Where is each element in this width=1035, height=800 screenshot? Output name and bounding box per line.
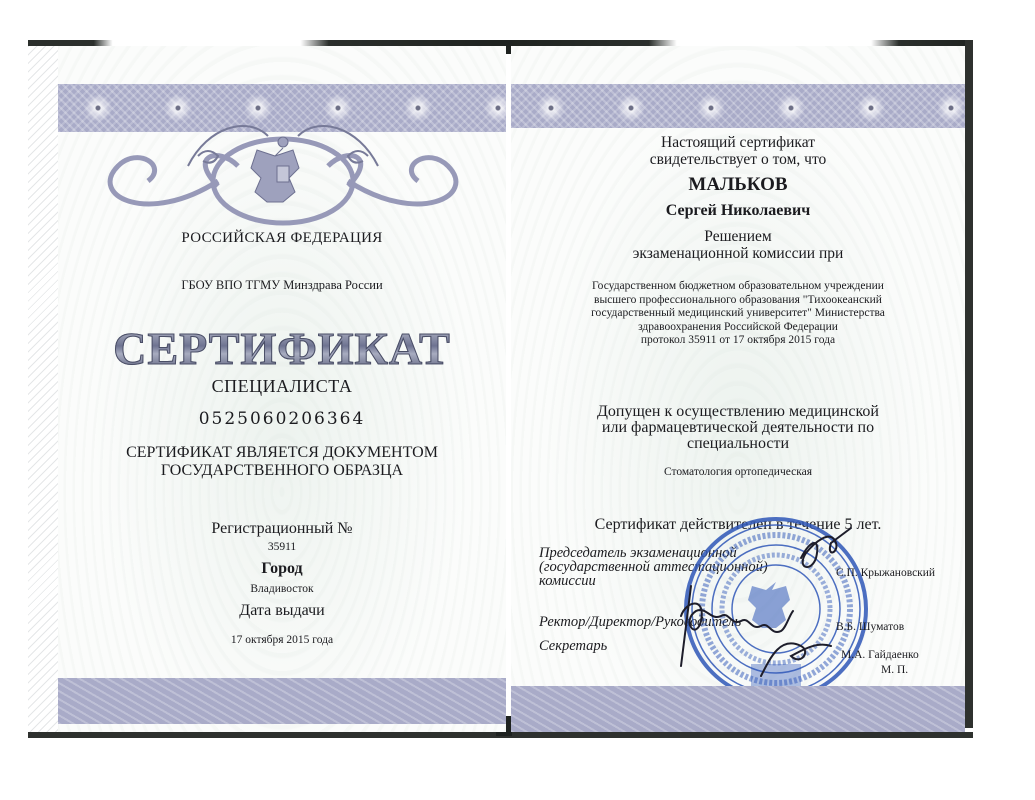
chair-name: С.П. Крыжановский	[836, 567, 935, 579]
holder-surname: МАЛЬКОВ	[511, 174, 965, 196]
document-statement-line2: ГОСУДАРСТВЕННОГО ОБРАЗЦА	[58, 462, 506, 480]
registration-number: 35911	[58, 541, 506, 553]
seal-place-mark: М. П.	[881, 664, 908, 676]
certificate-left-page: РОССИЙСКАЯ ФЕДЕРАЦИЯ ГБОУ ВПО ТГМУ Минзд…	[58, 46, 506, 732]
institution-block: Государственном бюджетном образовательно…	[571, 280, 905, 348]
guilloche-band-bottom	[511, 686, 965, 732]
handwritten-signatures	[651, 526, 901, 686]
holder-given-names: Сергей Николаевич	[511, 202, 965, 220]
certificate-number: 0525060206364	[58, 409, 506, 429]
issue-date-label: Дата выдачи	[58, 602, 506, 620]
intro-line-2: свидетельствует о том, что	[511, 151, 965, 169]
city-label: Город	[58, 560, 506, 578]
certificate-right-page: Настоящий сертификат свидетельствует о т…	[511, 46, 965, 732]
certificate-title: СЕРТИФИКАТ	[58, 322, 506, 375]
secretary-name: М.А. Гайдаенко	[841, 649, 919, 661]
document-statement-line1: СЕРТИФИКАТ ЯВЛЯЕТСЯ ДОКУМЕНТОМ	[58, 444, 506, 462]
admission-statement: Допущен к осуществлению медицинской или …	[596, 404, 880, 452]
issue-date-value: 17 октября 2015 года	[58, 634, 506, 646]
page-edge-hatching	[28, 46, 58, 732]
guilloche-band-top	[511, 84, 965, 128]
secretary-role-label: Секретарь	[539, 638, 607, 655]
rector-name: В.Б. Шуматов	[836, 621, 904, 633]
institution-name: Государственном бюджетном образовательно…	[571, 280, 905, 334]
cover-edge-right	[965, 40, 973, 728]
specialty: Стоматология ортопедическая	[511, 466, 965, 478]
double-headed-eagle-emblem-icon	[88, 86, 478, 226]
guilloche-band-bottom	[58, 678, 506, 724]
city-value: Владивосток	[58, 583, 506, 595]
protocol-line: протокол 35911 от 17 октября 2015 года	[571, 334, 905, 348]
certificate-subtitle: СПЕЦИАЛИСТА	[58, 376, 506, 397]
decision-line-1: Решением	[511, 228, 965, 246]
country-name: РОССИЙСКАЯ ФЕДЕРАЦИЯ	[58, 230, 506, 247]
registration-label: Регистрационный №	[58, 520, 506, 538]
decision-line-2: экзаменационной комиссии при	[511, 245, 965, 263]
intro-line-1: Настоящий сертификат	[511, 134, 965, 152]
issuing-organization: ГБОУ ВПО ТГМУ Минздрава России	[58, 278, 506, 293]
